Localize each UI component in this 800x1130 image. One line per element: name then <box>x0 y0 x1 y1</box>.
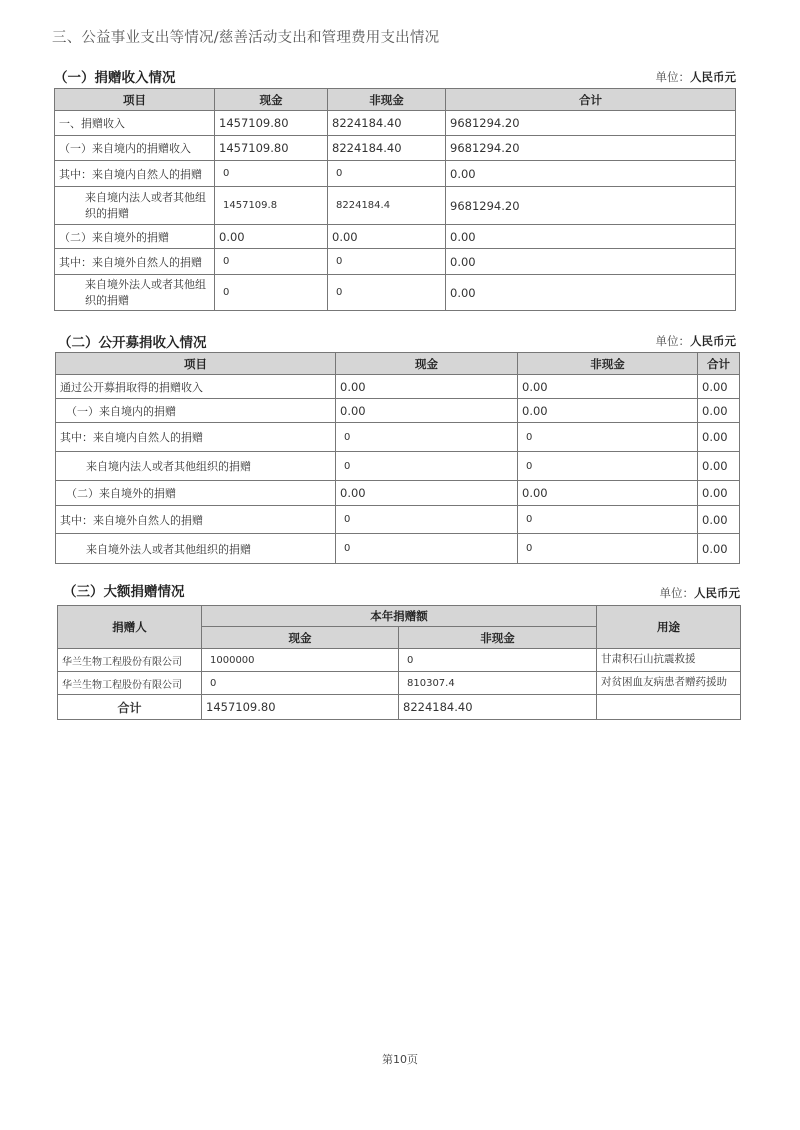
header-noncash: 非现金 <box>399 627 597 649</box>
header-cash: 现金 <box>215 89 328 111</box>
table-row: （二）来自境外的捐赠 0.00 0.00 0.00 <box>56 481 740 506</box>
donor-name: 华兰生物工程股份有限公司 <box>58 649 202 672</box>
noncash-value: 0 <box>518 452 698 481</box>
page-title: 三、公益事业支出等情况/慈善活动支出和管理费用支出情况 <box>52 26 439 47</box>
public-fundraising-table: 项目 现金 非现金 合计 通过公开募捐取得的捐赠收入 0.00 0.00 0.0… <box>55 352 740 564</box>
total-value: 9681294.20 <box>446 187 736 225</box>
total-value: 0.00 <box>698 506 740 534</box>
table-header-row: 项目 现金 非现金 合计 <box>56 353 740 375</box>
header-item: 项目 <box>56 353 336 375</box>
noncash-value: 8224184.40 <box>328 136 446 161</box>
header-cash: 现金 <box>336 353 518 375</box>
cash-value: 1457109.80 <box>215 136 328 161</box>
table-row: 通过公开募捐取得的捐赠收入 0.00 0.00 0.00 <box>56 375 740 399</box>
cash-value: 1457109.80 <box>215 111 328 136</box>
donor-name: 华兰生物工程股份有限公司 <box>58 672 202 695</box>
total-value: 9681294.20 <box>446 136 736 161</box>
row-label: 来自境内法人或者其他组织的捐赠 <box>56 452 336 481</box>
noncash-value: 8224184.40 <box>328 111 446 136</box>
table-row: 来自境外法人或者其他组织的捐赠 0 0 0.00 <box>55 275 736 311</box>
section1-unit: 单位：人民币元 <box>560 69 736 85</box>
table-row: 来自境内法人或者其他组织的捐赠 0 0 0.00 <box>56 452 740 481</box>
cash-value: 0.00 <box>336 375 518 399</box>
row-label: （二）来自境外的捐赠 <box>55 225 215 249</box>
row-label: 其中：来自境外自然人的捐赠 <box>55 249 215 275</box>
row-label: （一）来自境内的捐赠收入 <box>55 136 215 161</box>
row-label: 一、捐赠收入 <box>55 111 215 136</box>
table-row: 来自境内法人或者其他组织的捐赠 1457109.8 8224184.4 9681… <box>55 187 736 225</box>
section2-title: （二）公开募捐收入情况 <box>58 331 207 351</box>
noncash-value: 0 <box>328 275 446 311</box>
total-value: 0.00 <box>698 399 740 423</box>
section3-title: （三）大额捐赠情况 <box>63 580 185 600</box>
header-donor: 捐赠人 <box>58 606 202 649</box>
row-label: （一）来自境内的捐赠 <box>56 399 336 423</box>
table-row: 其中：来自境外自然人的捐赠 0 0 0.00 <box>56 506 740 534</box>
total-value: 0.00 <box>446 275 736 311</box>
noncash-value: 0 <box>518 534 698 564</box>
total-value: 0.00 <box>698 452 740 481</box>
cash-value: 0 <box>336 506 518 534</box>
header-noncash: 非现金 <box>518 353 698 375</box>
noncash-value: 0.00 <box>518 481 698 506</box>
total-purpose <box>597 695 741 720</box>
table-row: （一）来自境内的捐赠 0.00 0.00 0.00 <box>56 399 740 423</box>
cash-value: 0 <box>215 161 328 187</box>
cash-value: 0 <box>215 249 328 275</box>
large-donations-table: 捐赠人 本年捐赠额 用途 现金 非现金 华兰生物工程股份有限公司 1000000… <box>57 605 741 720</box>
noncash-value: 0.00 <box>518 375 698 399</box>
total-cash: 1457109.80 <box>202 695 399 720</box>
unit-value: 人民币元 <box>690 70 736 84</box>
header-item: 项目 <box>55 89 215 111</box>
section1-title: （一）捐赠收入情况 <box>54 66 176 86</box>
unit-prefix: 单位： <box>656 70 691 84</box>
total-value: 0.00 <box>698 423 740 452</box>
cash-value: 1000000 <box>202 649 399 672</box>
row-label: 来自境外法人或者其他组织的捐赠 <box>55 275 215 311</box>
table-row: 其中：来自境内自然人的捐赠 0 0 0.00 <box>56 423 740 452</box>
cash-value: 0 <box>336 423 518 452</box>
table-row: 来自境外法人或者其他组织的捐赠 0 0 0.00 <box>56 534 740 564</box>
row-label: 其中：来自境内自然人的捐赠 <box>55 161 215 187</box>
cash-value: 0.00 <box>336 481 518 506</box>
unit-value: 人民币元 <box>694 586 740 600</box>
cash-value: 1457109.8 <box>215 187 328 225</box>
purpose: 甘肃积石山抗震救援 <box>597 649 741 672</box>
purpose: 对贫困血友病患者赠药援助 <box>597 672 741 695</box>
cash-value: 0.00 <box>215 225 328 249</box>
table-row: 一、捐赠收入 1457109.80 8224184.40 9681294.20 <box>55 111 736 136</box>
total-label: 合计 <box>58 695 202 720</box>
unit-value: 人民币元 <box>690 334 736 348</box>
table-row: 其中：来自境外自然人的捐赠 0 0 0.00 <box>55 249 736 275</box>
row-label: 通过公开募捐取得的捐赠收入 <box>56 375 336 399</box>
donation-income-table: 项目 现金 非现金 合计 一、捐赠收入 1457109.80 8224184.4… <box>54 88 736 311</box>
noncash-value: 0 <box>399 649 597 672</box>
noncash-value: 0 <box>518 423 698 452</box>
cash-value: 0 <box>215 275 328 311</box>
cash-value: 0 <box>336 534 518 564</box>
header-noncash: 非现金 <box>328 89 446 111</box>
page-number: 第10页 <box>0 1051 800 1067</box>
unit-prefix: 单位： <box>656 334 691 348</box>
row-label: 其中：来自境外自然人的捐赠 <box>56 506 336 534</box>
section3-unit: 单位：人民币元 <box>560 585 740 601</box>
unit-prefix: 单位： <box>660 586 695 600</box>
noncash-value: 0 <box>518 506 698 534</box>
noncash-value: 0 <box>328 161 446 187</box>
row-label: 其中：来自境内自然人的捐赠 <box>56 423 336 452</box>
header-purpose: 用途 <box>597 606 741 649</box>
table-row: （一）来自境内的捐赠收入 1457109.80 8224184.40 96812… <box>55 136 736 161</box>
header-cash: 现金 <box>202 627 399 649</box>
section2-unit: 单位：人民币元 <box>560 333 736 349</box>
total-value: 0.00 <box>446 249 736 275</box>
header-total: 合计 <box>446 89 736 111</box>
table-row: 华兰生物工程股份有限公司 1000000 0 甘肃积石山抗震救援 <box>58 649 741 672</box>
total-noncash: 8224184.40 <box>399 695 597 720</box>
row-label: 来自境外法人或者其他组织的捐赠 <box>56 534 336 564</box>
noncash-value: 810307.4 <box>399 672 597 695</box>
cash-value: 0 <box>336 452 518 481</box>
cash-value: 0 <box>202 672 399 695</box>
noncash-value: 0 <box>328 249 446 275</box>
total-value: 0.00 <box>446 225 736 249</box>
total-value: 0.00 <box>446 161 736 187</box>
table-row: 华兰生物工程股份有限公司 0 810307.4 对贫困血友病患者赠药援助 <box>58 672 741 695</box>
total-value: 0.00 <box>698 481 740 506</box>
noncash-value: 0.00 <box>518 399 698 423</box>
table-row: 其中：来自境内自然人的捐赠 0 0 0.00 <box>55 161 736 187</box>
noncash-value: 0.00 <box>328 225 446 249</box>
header-total: 合计 <box>698 353 740 375</box>
total-value: 0.00 <box>698 534 740 564</box>
table-total-row: 合计 1457109.80 8224184.40 <box>58 695 741 720</box>
row-label: （二）来自境外的捐赠 <box>56 481 336 506</box>
cash-value: 0.00 <box>336 399 518 423</box>
total-value: 9681294.20 <box>446 111 736 136</box>
header-amount-group: 本年捐赠额 <box>202 606 597 627</box>
table-header-row: 捐赠人 本年捐赠额 用途 <box>58 606 741 627</box>
row-label: 来自境内法人或者其他组织的捐赠 <box>55 187 215 225</box>
table-row: （二）来自境外的捐赠 0.00 0.00 0.00 <box>55 225 736 249</box>
noncash-value: 8224184.4 <box>328 187 446 225</box>
total-value: 0.00 <box>698 375 740 399</box>
table-header-row: 项目 现金 非现金 合计 <box>55 89 736 111</box>
